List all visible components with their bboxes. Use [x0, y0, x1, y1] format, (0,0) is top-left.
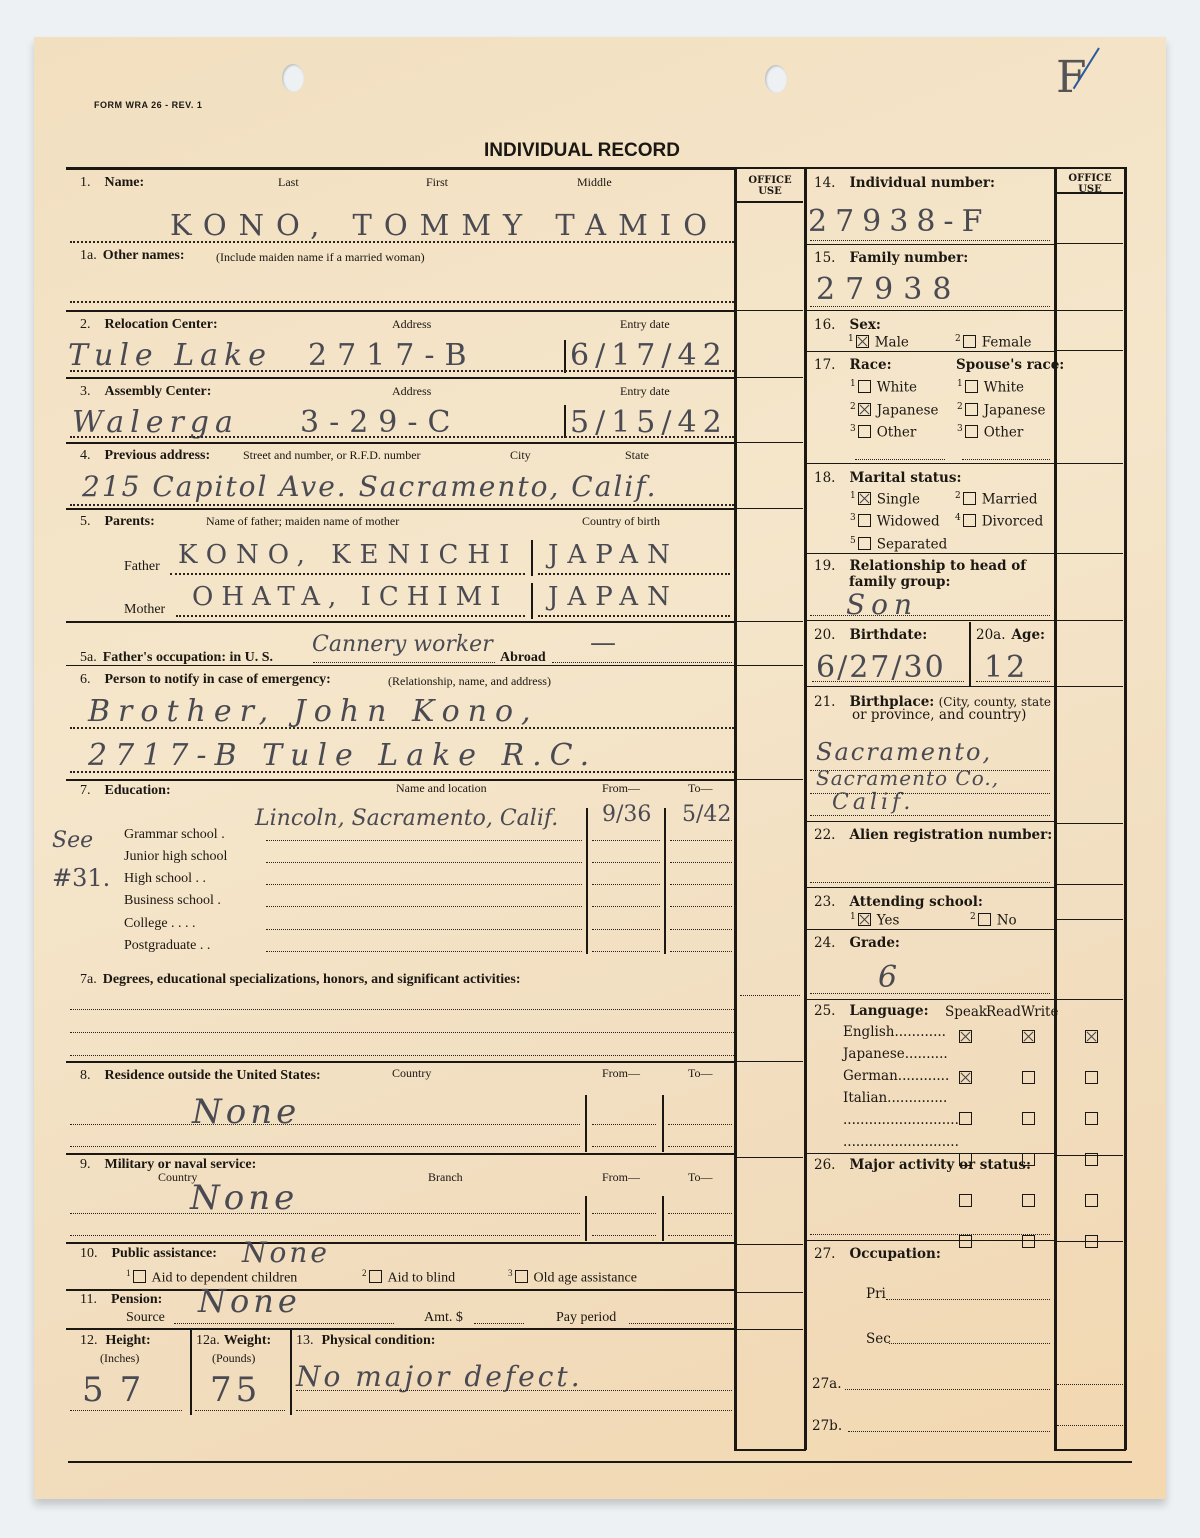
race-other-option[interactable]: 3Other: [850, 424, 916, 441]
divider: [737, 1244, 803, 1245]
race-white-option[interactable]: 1White: [850, 379, 917, 396]
dotted-line: [70, 504, 734, 506]
assembly-address-value[interactable]: 3-29-C: [300, 405, 461, 440]
divider: [737, 442, 803, 443]
age-value[interactable]: 12: [984, 650, 1028, 685]
military-value[interactable]: None: [190, 1178, 298, 1218]
pension-amount-label: Amt. $: [424, 1310, 463, 1326]
divider: [737, 779, 803, 780]
dotted-line: [976, 681, 1050, 682]
emergency-hint: (Relationship, name, and address): [388, 674, 551, 689]
sex-male-option[interactable]: 1Male: [848, 334, 909, 351]
spouse-race-white-option[interactable]: 1White: [957, 379, 1024, 396]
mother-country-value[interactable]: JAPAN: [548, 582, 679, 612]
occupation-primary-field[interactable]: [886, 1299, 1050, 1300]
assembly-center-value[interactable]: Walerga: [72, 405, 239, 440]
dotted-line: [668, 1146, 732, 1147]
occupation-27a-field[interactable]: [845, 1389, 1050, 1390]
write-checkbox[interactable]: [1085, 1194, 1098, 1207]
dotted-line: [538, 615, 730, 617]
speak-checkbox[interactable]: [959, 1112, 972, 1125]
divider: [807, 821, 1054, 822]
dotted-line: [740, 995, 800, 996]
education-name-field[interactable]: [266, 884, 582, 885]
dotted-line: [70, 436, 734, 438]
column-divider: [586, 808, 588, 954]
education-to-value[interactable]: 5/42: [682, 802, 731, 827]
column-divider: [564, 405, 566, 438]
read-checkbox[interactable]: [1022, 1235, 1035, 1248]
pension-label: 11.Pension:: [80, 1292, 162, 1308]
father-occupation-us-value[interactable]: Cannery worker: [312, 632, 493, 657]
language-name: Japanese..........: [843, 1046, 948, 1062]
divider: [734, 1449, 806, 1451]
language-row: Japanese..........: [0, 19, 1200, 38]
degrees-field[interactable]: [70, 1009, 734, 1010]
emergency-line1-value[interactable]: Brother, John Kono,: [88, 694, 539, 729]
divider: [807, 1153, 1054, 1154]
col-from: From—: [602, 1170, 640, 1185]
col-country-of-birth: Country of birth: [582, 514, 660, 529]
divider: [66, 1289, 734, 1291]
education-label: 7.Education:: [80, 783, 171, 799]
col-to: To—: [688, 1170, 713, 1185]
divider: [1057, 310, 1123, 311]
race-japanese-option[interactable]: 2Japanese: [850, 402, 939, 419]
degrees-label: 7a.Degrees, educational specializations,…: [80, 972, 521, 988]
education-level: Grammar school .: [124, 827, 225, 843]
education-level: High school . .: [124, 871, 206, 887]
education-level: College . . . .: [124, 916, 196, 932]
col-middle: Middle: [577, 175, 612, 190]
family-number-value[interactable]: 27938: [816, 272, 961, 307]
col-country: Country: [392, 1066, 431, 1081]
divider: [66, 442, 734, 444]
divider: [737, 1157, 803, 1158]
occupation-27b-label: 27b.: [812, 1418, 842, 1434]
divider: [66, 1061, 734, 1063]
divider: [734, 167, 804, 169]
public-assistance-value[interactable]: None: [242, 1236, 330, 1269]
dotted-line: [70, 727, 734, 729]
weight-label: 12a.Weight:: [196, 1333, 271, 1349]
mother-name-value[interactable]: OHATA, ICHIMI: [192, 582, 509, 612]
individual-number-label: 14.Individual number:: [814, 175, 995, 191]
punch-hole: [765, 65, 787, 93]
education-to-field[interactable]: [670, 929, 732, 930]
education-level: Junior high school: [124, 849, 227, 865]
dotted-line: [552, 662, 732, 663]
divider: [737, 1329, 803, 1330]
divider: [1057, 999, 1123, 1000]
page-title: INDIVIDUAL RECORD: [484, 140, 680, 162]
divider: [737, 508, 803, 509]
education-to-field[interactable]: [670, 884, 732, 885]
language-name: English............: [843, 1024, 946, 1040]
relocation-center-label: 2.Relocation Center:: [80, 317, 218, 333]
dotted-line: [70, 370, 734, 372]
mother-label: Mother: [124, 602, 165, 618]
col-speak: Speak: [945, 1004, 987, 1020]
read-checkbox[interactable]: [1022, 1071, 1035, 1084]
write-checkbox[interactable]: [1085, 1235, 1098, 1248]
spouse-race-label: Spouse's race:: [956, 357, 1064, 373]
name-value[interactable]: KONO, TOMMY TAMIO: [170, 208, 719, 242]
checkbox[interactable]: [965, 403, 978, 416]
birthplace-line1-value[interactable]: Sacramento,: [816, 738, 992, 766]
divider: [1057, 350, 1123, 351]
residence-outside-label: 8.Residence outside the United States:: [80, 1068, 321, 1084]
col-from: From—: [602, 781, 640, 796]
pension-pay-period-label: Pay period: [556, 1310, 616, 1326]
speak-checkbox-checked[interactable]: [959, 1030, 972, 1043]
dotted-line: [170, 573, 525, 575]
dotted-line: [195, 1410, 285, 1411]
emergency-label: 6.Person to notify in case of emergency:: [80, 672, 331, 688]
checkbox[interactable]: [965, 380, 978, 393]
dotted-line: [810, 306, 1050, 307]
dotted-line: [810, 993, 1050, 994]
dotted-line: [592, 1124, 656, 1125]
relationship-label: 19.Relationship to head of: [814, 558, 1026, 574]
column-divider: [564, 340, 566, 373]
column-divider: [190, 1330, 192, 1415]
degrees-field[interactable]: [70, 1055, 734, 1056]
column-divider: [585, 1196, 587, 1241]
marital-single-option[interactable]: 1Single: [850, 491, 920, 508]
divider: [66, 1242, 734, 1244]
punch-hole: [282, 64, 304, 92]
divider: [807, 244, 1054, 245]
dotted-line: [70, 1410, 182, 1411]
divider: [807, 310, 1054, 311]
education-from-field[interactable]: [592, 906, 660, 907]
education-name-value[interactable]: Lincoln, Sacramento, Calif.: [255, 806, 558, 831]
relocation-address-value[interactable]: 2717-B: [308, 338, 477, 373]
education-from-value[interactable]: 9/36: [602, 802, 651, 827]
occupation-secondary-field[interactable]: [889, 1343, 1050, 1344]
dotted-line: [1057, 1384, 1123, 1385]
parents-label: 5.Parents:: [80, 514, 155, 530]
spouse-race-other-option[interactable]: 3Other: [957, 424, 1023, 441]
col-to: To—: [688, 1066, 713, 1081]
marital-widowed-option[interactable]: 3Widowed: [850, 513, 940, 530]
dotted-line: [70, 241, 734, 243]
family-number-label: 15.Family number:: [814, 250, 968, 266]
column-divider: [531, 583, 533, 619]
write-checkbox[interactable]: [1085, 1153, 1098, 1166]
margin-note: #31.: [52, 864, 110, 892]
pension-pay-period-field[interactable]: [629, 1323, 732, 1324]
relocation-entry-date[interactable]: 6/17/42: [570, 338, 728, 373]
education-from-field[interactable]: [592, 929, 660, 930]
divider: [66, 1153, 734, 1155]
assembly-entry-date[interactable]: 5/15/42: [570, 405, 728, 440]
father-occupation-label: 5a.Father's occupation: in U. S.: [80, 650, 273, 666]
marital-divorced-option[interactable]: 4Divorced: [955, 513, 1043, 530]
divider: [805, 167, 1055, 169]
checkbox[interactable]: [963, 514, 976, 527]
education-from-field[interactable]: [592, 951, 660, 952]
margin-note: See: [52, 828, 93, 853]
dotted-line: [176, 615, 525, 617]
degrees-field[interactable]: [70, 1032, 734, 1033]
divider: [737, 1292, 803, 1293]
physical-condition-value[interactable]: No major defect.: [296, 1360, 583, 1393]
other-names-field[interactable]: [70, 301, 734, 303]
major-activity-field[interactable]: [810, 1234, 1050, 1235]
dotted-line: [592, 1213, 656, 1214]
write-checkbox[interactable]: [1085, 1071, 1098, 1084]
divider: [737, 665, 803, 666]
col-write: Write: [1021, 1004, 1058, 1020]
emergency-line2-value[interactable]: 2717-B Tule Lake R.C.: [88, 738, 597, 773]
education-to-field[interactable]: [670, 862, 732, 863]
individual-number-value[interactable]: 27938-F: [808, 204, 990, 239]
column-divider: [662, 1196, 664, 1241]
checkbox-checked[interactable]: [858, 403, 871, 416]
checkbox-checked[interactable]: [858, 492, 871, 505]
col-address: Address: [392, 384, 431, 399]
previous-address-label: 4.Previous address:: [80, 448, 210, 464]
language-name: German............: [843, 1068, 949, 1084]
read-checkbox[interactable]: [1022, 1194, 1035, 1207]
dotted-line: [668, 1235, 732, 1236]
bottom-rule: [68, 1461, 1132, 1463]
checkbox[interactable]: [978, 913, 991, 926]
speak-checkbox[interactable]: [959, 1194, 972, 1207]
divider: [66, 621, 734, 623]
birthplace-hint: or province, and country): [852, 707, 1026, 723]
checkbox[interactable]: [858, 537, 871, 550]
divider: [66, 310, 734, 312]
dotted-line: [810, 240, 1050, 241]
col-entry-date: Entry date: [620, 384, 670, 399]
col-to: To—: [688, 781, 713, 796]
previous-address-value[interactable]: 215 Capitol Ave. Sacramento, Calif.: [82, 470, 658, 503]
divider: [1057, 620, 1123, 621]
checkbox[interactable]: [858, 380, 871, 393]
office-use-border: [804, 167, 807, 1450]
dotted-line: [538, 573, 730, 575]
language-name: Italian..............: [843, 1090, 947, 1106]
col-parent-name: Name of father; maiden name of mother: [206, 514, 399, 529]
alien-registration-label: 22.Alien registration number:: [814, 827, 1052, 843]
column-divider: [585, 1095, 587, 1152]
height-value[interactable]: 57: [82, 1370, 157, 1410]
education-from-field[interactable]: [592, 862, 660, 863]
occupation-secondary-label: Sec: [866, 1331, 891, 1347]
divider: [807, 686, 1054, 687]
birthdate-label: 20.Birthdate:: [814, 627, 927, 643]
divider: [1057, 553, 1123, 554]
dotted-line: [1057, 1425, 1123, 1426]
dotted-line: [670, 840, 732, 841]
col-read: Read: [986, 1004, 1021, 1020]
col-last: Last: [278, 175, 299, 190]
race-label: 17.Race:: [814, 357, 892, 373]
dotted-line: [668, 1124, 732, 1125]
attending-school-label: 23.Attending school:: [814, 894, 983, 910]
dotted-line: [70, 1146, 580, 1147]
speak-checkbox-checked[interactable]: [959, 1071, 972, 1084]
grade-value[interactable]: 6: [878, 960, 903, 995]
spouse-race-japanese-option[interactable]: 2Japanese: [957, 402, 1046, 419]
divider: [1057, 192, 1123, 194]
column-divider: [290, 1330, 292, 1415]
weight-value[interactable]: 75: [210, 1370, 261, 1410]
col-first: First: [426, 175, 448, 190]
checkbox[interactable]: [515, 1270, 528, 1283]
divider: [1057, 243, 1123, 244]
dotted-line: [592, 1235, 656, 1236]
dotted-line: [296, 1410, 732, 1411]
dotted-line: [592, 840, 660, 841]
checkbox[interactable]: [963, 335, 976, 348]
divider: [807, 553, 1054, 554]
checkbox[interactable]: [133, 1270, 146, 1283]
marital-separated-option[interactable]: 5Separated: [850, 536, 947, 553]
divider: [1057, 686, 1123, 687]
divider: [66, 1328, 734, 1330]
grade-label: 24.Grade:: [814, 935, 900, 951]
old-age-option[interactable]: 3Old age assistance: [508, 1268, 637, 1287]
alien-registration-field[interactable]: [810, 882, 1050, 883]
divider: [737, 621, 803, 622]
write-checkbox[interactable]: [1085, 1112, 1098, 1125]
weight-unit: (Pounds): [212, 1351, 255, 1366]
public-assistance-label: 10.Public assistance:: [80, 1246, 217, 1262]
col-from: From—: [602, 1066, 640, 1081]
read-checkbox-checked[interactable]: [1022, 1030, 1035, 1043]
spouse-race-other-field[interactable]: [962, 459, 1050, 460]
checkbox-checked[interactable]: [856, 335, 869, 348]
divider: [1057, 919, 1123, 920]
pension-amount-field[interactable]: [474, 1323, 524, 1324]
divider: [66, 508, 734, 510]
column-divider: [531, 540, 533, 576]
pension-source-value[interactable]: None: [198, 1282, 301, 1320]
divider: [1055, 167, 1125, 169]
other-names-label: 1a.Other names:: [80, 248, 185, 264]
name-label: 1.Name:: [80, 175, 144, 191]
language-label: 25.Language:: [814, 1003, 929, 1019]
divider: [1057, 463, 1123, 464]
dotted-line: [174, 1323, 394, 1324]
divider: [737, 377, 803, 378]
office-use-border: [734, 167, 737, 1450]
dotted-line: [266, 840, 582, 841]
language-name-field[interactable]: ...........................: [843, 1112, 959, 1128]
occupation-label: 27.Occupation:: [814, 1246, 941, 1262]
marital-married-option[interactable]: 2Married: [955, 491, 1037, 508]
divider: [1057, 884, 1123, 885]
checkbox[interactable]: [858, 514, 871, 527]
divider: [807, 929, 1054, 930]
col-street: Street and number, or R.F.D. number: [243, 448, 421, 463]
residence-outside-value[interactable]: None: [192, 1092, 300, 1132]
father-occupation-abroad-value[interactable]: —: [590, 628, 616, 658]
divider: [807, 1240, 1054, 1241]
col-state: State: [625, 448, 649, 463]
attending-no-option[interactable]: 2No: [970, 912, 1017, 929]
attending-yes-option[interactable]: 1Yes: [850, 912, 899, 929]
divider: [737, 1061, 803, 1062]
relationship-value[interactable]: Son: [846, 588, 918, 621]
birthplace-line2-value[interactable]: Sacramento Co.,: [816, 766, 999, 790]
relocation-center-value[interactable]: Tule Lake: [68, 338, 272, 373]
checkbox[interactable]: [965, 425, 978, 438]
checkbox-checked[interactable]: [858, 913, 871, 926]
divider: [807, 351, 1054, 352]
education-name-field[interactable]: [266, 906, 582, 907]
language-name-field[interactable]: ...........................: [843, 1134, 959, 1150]
birthplace-line3-value[interactable]: Calif.: [832, 790, 914, 815]
divider: [807, 463, 1054, 464]
divider: [66, 377, 734, 379]
write-checkbox-checked[interactable]: [1085, 1030, 1098, 1043]
education-level: Business school .: [124, 893, 221, 909]
dotted-line: [810, 815, 1050, 816]
column-divider: [664, 808, 666, 954]
education-level: Postgraduate . .: [124, 938, 210, 954]
divider: [807, 887, 1054, 888]
occupation-27a-label: 27a.: [812, 1376, 842, 1392]
father-country-value[interactable]: JAPAN: [548, 540, 679, 570]
divider: [66, 167, 734, 170]
education-to-field[interactable]: [670, 951, 732, 952]
col-branch: Branch: [428, 1170, 463, 1185]
occupation-27b-field[interactable]: [848, 1431, 1050, 1432]
checkbox[interactable]: [963, 492, 976, 505]
col-name-location: Name and location: [396, 781, 487, 796]
pension-source-label: Source: [126, 1310, 165, 1326]
education-name-field[interactable]: [266, 929, 582, 930]
aid-blind-option[interactable]: 2Aid to blind: [362, 1268, 455, 1287]
divider: [737, 310, 803, 311]
dotted-line: [70, 771, 734, 773]
dotted-line: [70, 1213, 580, 1214]
read-checkbox[interactable]: [1022, 1112, 1035, 1125]
dotted-line: [592, 1146, 656, 1147]
divider: [66, 665, 734, 666]
birthdate-value[interactable]: 6/27/30: [816, 650, 946, 685]
divider: [1054, 1449, 1126, 1451]
checkbox[interactable]: [369, 1270, 382, 1283]
divider: [807, 999, 1054, 1000]
office-use-header: OFFICE USE: [738, 175, 802, 197]
age-label: 20a.Age:: [976, 627, 1045, 643]
col-entry-date: Entry date: [620, 317, 670, 332]
other-names-hint: (Include maiden name if a married woman): [216, 250, 425, 265]
abroad-label: Abroad: [500, 650, 546, 666]
sex-female-option[interactable]: 2Female: [955, 334, 1032, 351]
dotted-line: [668, 1213, 732, 1214]
speak-checkbox[interactable]: [959, 1235, 972, 1248]
checkbox[interactable]: [858, 425, 871, 438]
height-label: 12.Height:: [80, 1333, 151, 1349]
dotted-line: [810, 615, 1050, 616]
education-to-field[interactable]: [670, 906, 732, 907]
education-from-field[interactable]: [592, 884, 660, 885]
education-name-field[interactable]: [266, 951, 582, 952]
race-other-field[interactable]: [855, 459, 945, 460]
education-name-field[interactable]: [266, 862, 582, 863]
father-name-value[interactable]: KONO, KENICHI: [178, 540, 518, 570]
father-label: Father: [124, 559, 160, 575]
column-divider: [662, 1095, 664, 1152]
dotted-line: [812, 681, 964, 682]
